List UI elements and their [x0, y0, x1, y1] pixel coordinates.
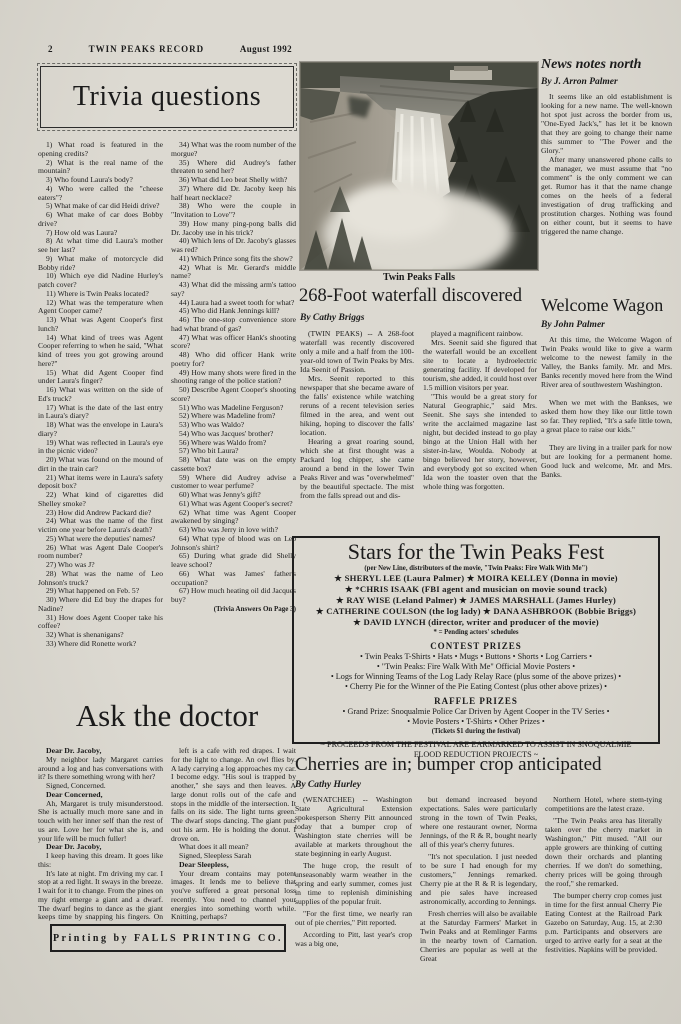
star-line: ★ SHERYL LEE (Laura Palmer) ★ MOIRA KELL…: [294, 573, 658, 584]
letter-paragraph: I keep having this dream. It goes like t…: [38, 852, 163, 870]
trivia-question: 10) Which eye did Nadine Hurley's patch …: [38, 272, 163, 290]
article-paragraph: After many unanswered phone calls to the…: [541, 155, 672, 236]
trivia-question: 42) What is Mr. Gerard's middle name?: [171, 264, 296, 282]
printing-credit-box: Printing by FALLS PRINTING CO.: [50, 924, 286, 952]
trivia-question: 4) Who were called the "cheese eaters"?: [38, 185, 163, 203]
waterfall-column-right: played a magnificent rainbow.Mrs. Seenit…: [423, 329, 537, 523]
trivia-question: 13) What was Agent Cooper's first lunch?: [38, 316, 163, 334]
cherries-article: (WENATCHEE) -- Washington State Agricult…: [295, 795, 662, 1011]
trivia-question: 1) What road is featured in the opening …: [38, 141, 163, 159]
star-line: ★ RAY WISE (Leland Palmer) ★ JAMES MARSH…: [294, 595, 658, 606]
masthead-title: TWIN PEAKS RECORD: [89, 44, 205, 54]
letter-paragraph: My neighbor lady Margaret carries around…: [38, 756, 163, 782]
trivia-question: 20) What was found on the mound of dirt …: [38, 456, 163, 474]
trivia-question: 62) What time was Agent Cooper awakened …: [171, 509, 296, 527]
article-paragraph: Hearing a great roaring sound, which she…: [300, 437, 414, 500]
cherries-column-1: (WENATCHEE) -- Washington State Agricult…: [295, 795, 412, 1011]
trivia-question: 47) What was officer Hank's shooting sco…: [171, 334, 296, 352]
article-paragraph: The bumper cherry crop comes just in tim…: [545, 891, 662, 954]
trivia-question: 65) During what grade did Shelly leave s…: [171, 552, 296, 570]
trivia-question: 19) What was reflected in Laura's eye in…: [38, 439, 163, 457]
trivia-question: 22) What kind of cigarettes did Shelley …: [38, 491, 163, 509]
welcome-wagon-article: At this time, the Welcome Wagon of Twin …: [541, 335, 672, 530]
article-paragraph: It seems like an old establishment is lo…: [541, 92, 672, 155]
photo-caption: Twin Peaks Falls: [300, 272, 538, 283]
letters-column-left: Dear Dr. Jacoby,My neighbor lady Margare…: [38, 747, 163, 923]
trivia-question: 39) How many ping-pong balls did Dr. Jac…: [171, 220, 296, 238]
news-notes-title: News notes north: [541, 57, 641, 73]
trivia-question: 8) At what time did Laura's mother see h…: [38, 237, 163, 255]
trivia-question: 30) Where did Ed buy the drapes for Nadi…: [38, 596, 163, 614]
trivia-question: 14) What kind of trees was Agent Cooper …: [38, 334, 163, 369]
trivia-question: 50) Describe Agent Cooper's shooting sco…: [171, 386, 296, 404]
page-number: 2: [48, 44, 53, 54]
article-paragraph: but demand increased beyond expectations…: [420, 795, 537, 849]
trivia-question: 66) What was James' father's occupation?: [171, 570, 296, 588]
letter-paragraph: It's late at night. I'm driving my car. …: [38, 870, 163, 924]
trivia-question: 6) What make of car does Bobby drive?: [38, 211, 163, 229]
stars-fest-title: Stars for the Twin Peaks Fest: [294, 539, 658, 564]
raffle-prizes-list: • Grand Prize: Snoqualmie Police Car Dri…: [294, 707, 658, 727]
ask-doctor-letters: Dear Dr. Jacoby,My neighbor lady Margare…: [38, 747, 296, 923]
trivia-question: 28) What was the name of Leo Johnson's t…: [38, 570, 163, 588]
trivia-title: Trivia questions: [73, 81, 261, 113]
issue-date: August 1992: [240, 44, 292, 54]
letter-paragraph: left is a cafe with red drapes. I wait f…: [171, 747, 296, 843]
prize-line: • "Twin Peaks: Fire Walk With Me" Offici…: [294, 662, 658, 672]
prize-line: • Movie Posters • T-Shirts • Other Prize…: [294, 717, 658, 727]
stars-list: ★ SHERYL LEE (Laura Palmer) ★ MOIRA KELL…: [294, 573, 658, 628]
trivia-title-box: Trivia questions: [40, 66, 294, 128]
falls-photo: [300, 62, 538, 270]
trivia-answers-note: (Trivia Answers On Page 3): [171, 605, 296, 614]
cherries-column-2: but demand increased beyond expectations…: [420, 795, 537, 1011]
trivia-question: 18) What was the envelope in Laura's dia…: [38, 421, 163, 439]
trivia-question: 21) What items were in Laura's safety de…: [38, 474, 163, 492]
trivia-question: 43) What did the missing arm's tattoo sa…: [171, 281, 296, 299]
letters-column-right: left is a cafe with red drapes. I wait f…: [171, 747, 296, 923]
trivia-question: 9) What make of motorcycle did Bobby rid…: [38, 255, 163, 273]
article-paragraph: The huge crop, the result of unseasonabl…: [295, 861, 412, 906]
star-line: ★ CATHERINE COULSON (the log lady) ★ DAN…: [294, 606, 658, 617]
contest-prizes-title: CONTEST PRIZES: [294, 640, 658, 652]
prize-line: • Twin Peaks T-Shirts • Hats • Mugs • Bu…: [294, 652, 658, 662]
trivia-question: 58) What date was on the empty cassette …: [171, 456, 296, 474]
falls-photo-illustration: [300, 62, 538, 270]
article-paragraph: (TWIN PEAKS) -- A 268-foot waterfall was…: [300, 329, 414, 374]
waterfall-column-left: (TWIN PEAKS) -- A 268-foot waterfall was…: [300, 329, 414, 523]
trivia-question: 12) What was the temperature when Agent …: [38, 299, 163, 317]
article-paragraph: Mrs. Seenit reported to this newspaper t…: [300, 374, 414, 437]
trivia-question: 31) How does Agent Cooper take his coffe…: [38, 614, 163, 632]
article-paragraph: They are living in a trailer park for no…: [541, 443, 672, 479]
article-paragraph: "The Twin Peaks area has literally taken…: [545, 816, 662, 888]
article-paragraph: When we met with the Bankses, we asked t…: [541, 398, 672, 434]
trivia-questions-section: 1) What road is featured in the opening …: [38, 141, 296, 701]
trivia-question: 48) Who did officer Hank write poetry fo…: [171, 351, 296, 369]
trivia-question: 59) Where did Audrey advise a customer t…: [171, 474, 296, 492]
contest-prizes-list: • Twin Peaks T-Shirts • Hats • Mugs • Bu…: [294, 652, 658, 692]
trivia-question: 17) What is the date of the last entry i…: [38, 404, 163, 422]
trivia-question: 15) What did Agent Cooper find under Lau…: [38, 369, 163, 387]
article-paragraph: At this time, the Welcome Wagon of Twin …: [541, 335, 672, 389]
stars-fest-box: Stars for the Twin Peaks Fest (per New L…: [292, 536, 660, 744]
trivia-question: 49) How many shots were fired in the sho…: [171, 369, 296, 387]
article-paragraph: played a magnificent rainbow.: [423, 329, 537, 338]
newspaper-page: 2 TWIN PEAKS RECORD August 1992 Trivia q…: [0, 0, 681, 1024]
trivia-question: 37) Where did Dr. Jacoby keep his half h…: [171, 185, 296, 203]
page-header: 2 TWIN PEAKS RECORD August 1992: [48, 44, 292, 54]
ask-doctor-title: Ask the doctor: [38, 698, 296, 734]
letter-paragraph: Ah, Margaret is truly misunderstood. She…: [38, 800, 163, 844]
star-line: ★ *CHRIS ISAAK (FBI agent and musician o…: [294, 584, 658, 595]
welcome-wagon-byline: By John Palmer: [541, 320, 605, 330]
trivia-question: 33) Where did Ronette work?: [38, 640, 163, 649]
trivia-question: 64) What type of blood was on Leo Johnso…: [171, 535, 296, 553]
cherries-column-3: Northern Hotel, where stem-tying competi…: [545, 795, 662, 1011]
pending-note: * = Pending actors' schedules: [294, 628, 658, 637]
raffle-prizes-title: RAFFLE PRIZES: [294, 695, 658, 707]
cherries-byline: By Cathy Hurley: [295, 780, 361, 790]
news-notes-byline: By J. Arron Palmer: [541, 77, 618, 87]
trivia-question: 40) Which lens of Dr. Jacoby's glasses w…: [171, 237, 296, 255]
article-paragraph: According to Pitt, last year's crop was …: [295, 930, 412, 948]
letter-paragraph: Your dream contains may potent images. I…: [171, 870, 296, 923]
tickets-note: (Tickets $1 during the festival): [294, 727, 658, 736]
trivia-question: 38) Who were the couple in "Invitation t…: [171, 202, 296, 220]
article-paragraph: "It's not speculation. I just needed to …: [420, 852, 537, 906]
article-paragraph: Mrs. Seenit said she figured that the wa…: [423, 338, 537, 392]
trivia-question: 16) What was written on the side of Ed's…: [38, 386, 163, 404]
printing-credit: Printing by FALLS PRINTING CO.: [53, 933, 283, 944]
prize-line: • Cherry Pie for the Winner of the Pie E…: [294, 682, 658, 692]
trivia-column-left: 1) What road is featured in the opening …: [38, 141, 163, 701]
news-notes-article: It seems like an old establishment is lo…: [541, 92, 672, 294]
article-paragraph: "This would be a great story for Natural…: [423, 392, 537, 491]
welcome-wagon-title: Welcome Wagon: [541, 295, 663, 316]
trivia-question: 35) Where did Audrey's father threaten t…: [171, 159, 296, 177]
article-paragraph: "For the first time, we nearly ran out o…: [295, 909, 412, 927]
trivia-question: 46) The one-stop convenience store had w…: [171, 316, 296, 334]
trivia-question: 34) What was the room number of the morg…: [171, 141, 296, 159]
trivia-question: 24) What was the name of the first victi…: [38, 517, 163, 535]
cherries-headline: Cherries are in; bumper crop anticipated: [295, 754, 663, 776]
article-paragraph: Northern Hotel, where stem-tying competi…: [545, 795, 662, 813]
stars-fest-subtitle: (per New Line, distributors of the movie…: [294, 564, 658, 573]
prize-line: • Logs for Winning Teams of the Log Lady…: [294, 672, 658, 682]
waterfall-article: (TWIN PEAKS) -- A 268-foot waterfall was…: [300, 329, 538, 523]
trivia-column-right: 34) What was the room number of the morg…: [171, 141, 296, 701]
trivia-question: 2) What is the real name of the mountain…: [38, 159, 163, 177]
article-paragraph: (WENATCHEE) -- Washington State Agricult…: [295, 795, 412, 858]
waterfall-headline: 268-Foot waterfall discovered: [299, 286, 541, 307]
waterfall-byline: By Cathy Briggs: [300, 313, 364, 323]
article-paragraph: Fresh cherries will also be available at…: [420, 909, 537, 963]
star-line: ★ DAVID LYNCH (director, writer and prod…: [294, 617, 658, 628]
prize-line: • Grand Prize: Snoqualmie Police Car Dri…: [294, 707, 658, 717]
trivia-question: 26) What was Agent Dale Cooper's room nu…: [38, 544, 163, 562]
trivia-question: 67) How much heating oil did Jacques buy…: [171, 587, 296, 605]
